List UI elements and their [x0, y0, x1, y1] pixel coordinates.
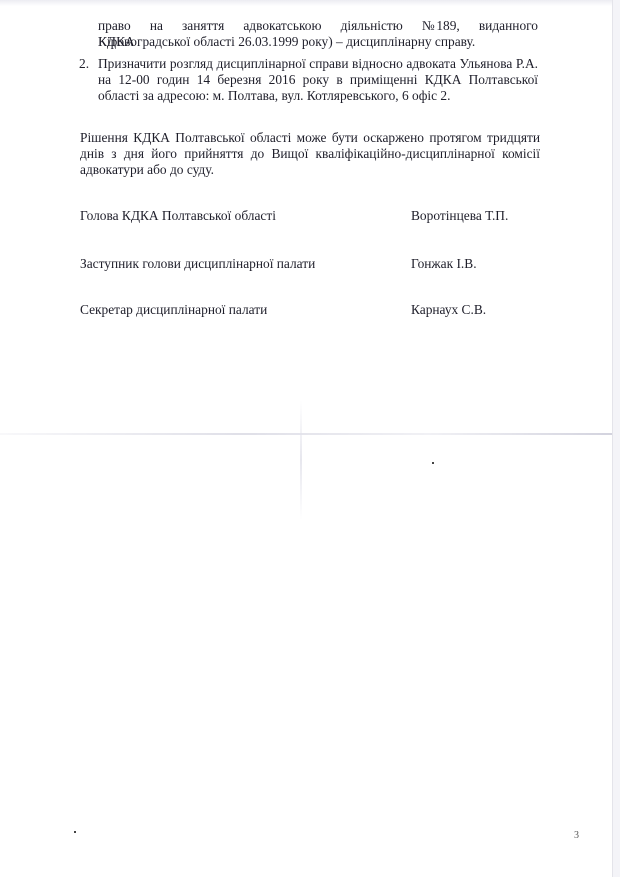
- signature-name-deputy: Гонжак І.В.: [411, 256, 477, 272]
- scan-speck: [432, 462, 434, 464]
- paper-fold-vertical: [300, 400, 302, 520]
- scan-top-shadow: [0, 0, 612, 6]
- item2-text: Призначити розгляд дисциплінарної справи…: [98, 56, 538, 104]
- signature-name-secretary: Карнаух С.В.: [411, 302, 486, 318]
- paper-fold-horizontal: [0, 433, 612, 435]
- signature-role-deputy: Заступник голови дисциплінарної палати: [80, 256, 315, 272]
- document-page: право на заняття адвокатською діяльністю…: [0, 0, 613, 877]
- scan-speck: [74, 831, 76, 833]
- appeal-notice: Рішення КДКА Полтавської області може бу…: [80, 130, 540, 178]
- item1-continuation-line2: Кіровоградської області 26.03.1999 року)…: [98, 34, 538, 50]
- page-number: 3: [574, 830, 579, 841]
- signature-role-secretary: Секретар дисциплінарної палати: [80, 302, 267, 318]
- signature-role-chair: Голова КДКА Полтавської області: [80, 208, 276, 224]
- item2-number: 2.: [79, 56, 89, 72]
- signature-name-chair: Воротінцева Т.П.: [411, 208, 508, 224]
